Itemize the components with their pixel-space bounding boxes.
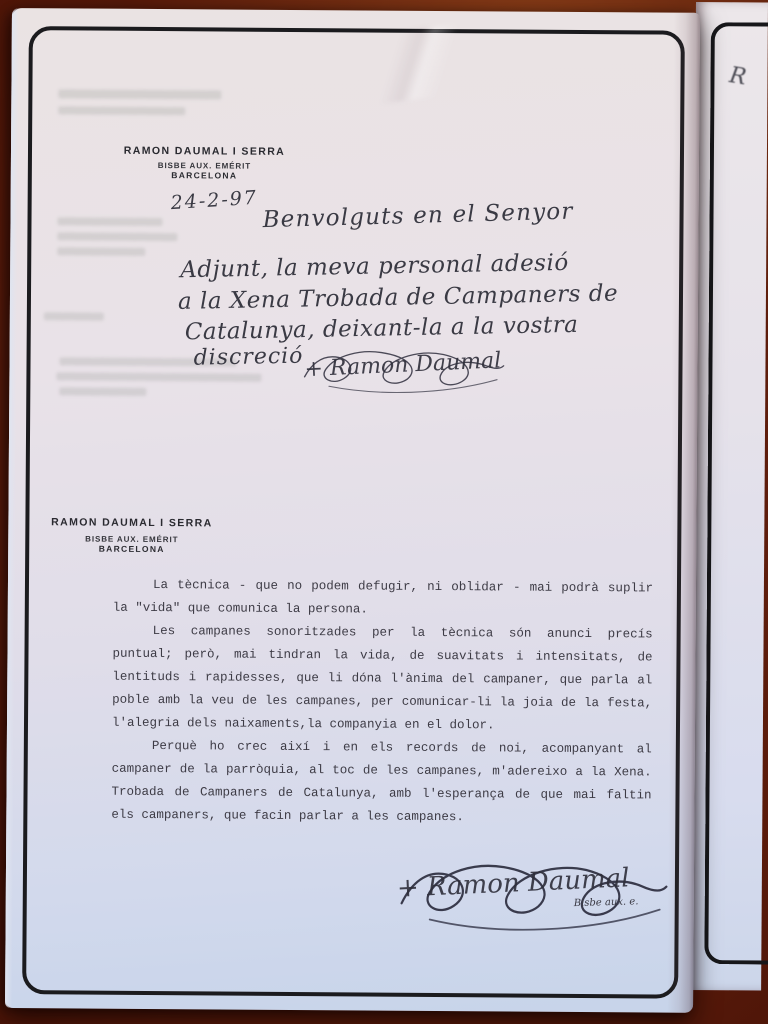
ghost-text-line [57, 217, 162, 226]
handwritten-signature: + Ramon Daumal [296, 338, 508, 401]
signature-annotation: Bisbe aux. e. [574, 896, 639, 909]
ghost-text-line [57, 247, 145, 256]
letterhead-mid: RAMON DAUMAL I SERRA BISBE AUX. EMÉRIT B… [24, 516, 239, 555]
ghost-text-line [57, 232, 177, 241]
adjacent-page-border-frame [704, 22, 768, 965]
typed-paragraph: Perquè ho crec així i en els records de … [111, 735, 652, 831]
bottom-signature: + Ramon Daumal Bisbe aux. e. [391, 846, 674, 940]
typed-paragraph: Les campanes sonoritzades per la tècnica… [112, 620, 653, 739]
adjacent-page: R [689, 2, 768, 990]
ghost-text-line [58, 106, 185, 115]
document-page: RAMON DAUMAL I SERRA BISBE AUX. EMÉRIT B… [5, 8, 700, 1013]
table-background: { "letterhead_top": { "name": "RAMON DAU… [0, 0, 768, 1024]
ghost-text-line [44, 312, 104, 320]
typed-paragraph: La tècnica - que no podem defugir, ni ob… [113, 574, 653, 624]
ghost-text-line [56, 372, 261, 381]
adjacent-page-handwriting: R [728, 63, 748, 90]
ghost-text-line [59, 387, 146, 396]
letterhead-top: RAMON DAUMAL I SERRA BISBE AUX. EMÉRIT B… [97, 145, 312, 182]
ghost-text-line [58, 89, 221, 99]
letterhead-name: RAMON DAUMAL I SERRA [24, 516, 239, 530]
letterhead-name: RAMON DAUMAL I SERRA [97, 145, 312, 159]
letterhead-city: BARCELONA [97, 170, 312, 182]
letterhead-city: BARCELONA [24, 543, 239, 555]
typed-letter: La tècnica - que no podem defugir, ni ob… [111, 574, 653, 831]
handwritten-line: discreció [193, 344, 303, 371]
